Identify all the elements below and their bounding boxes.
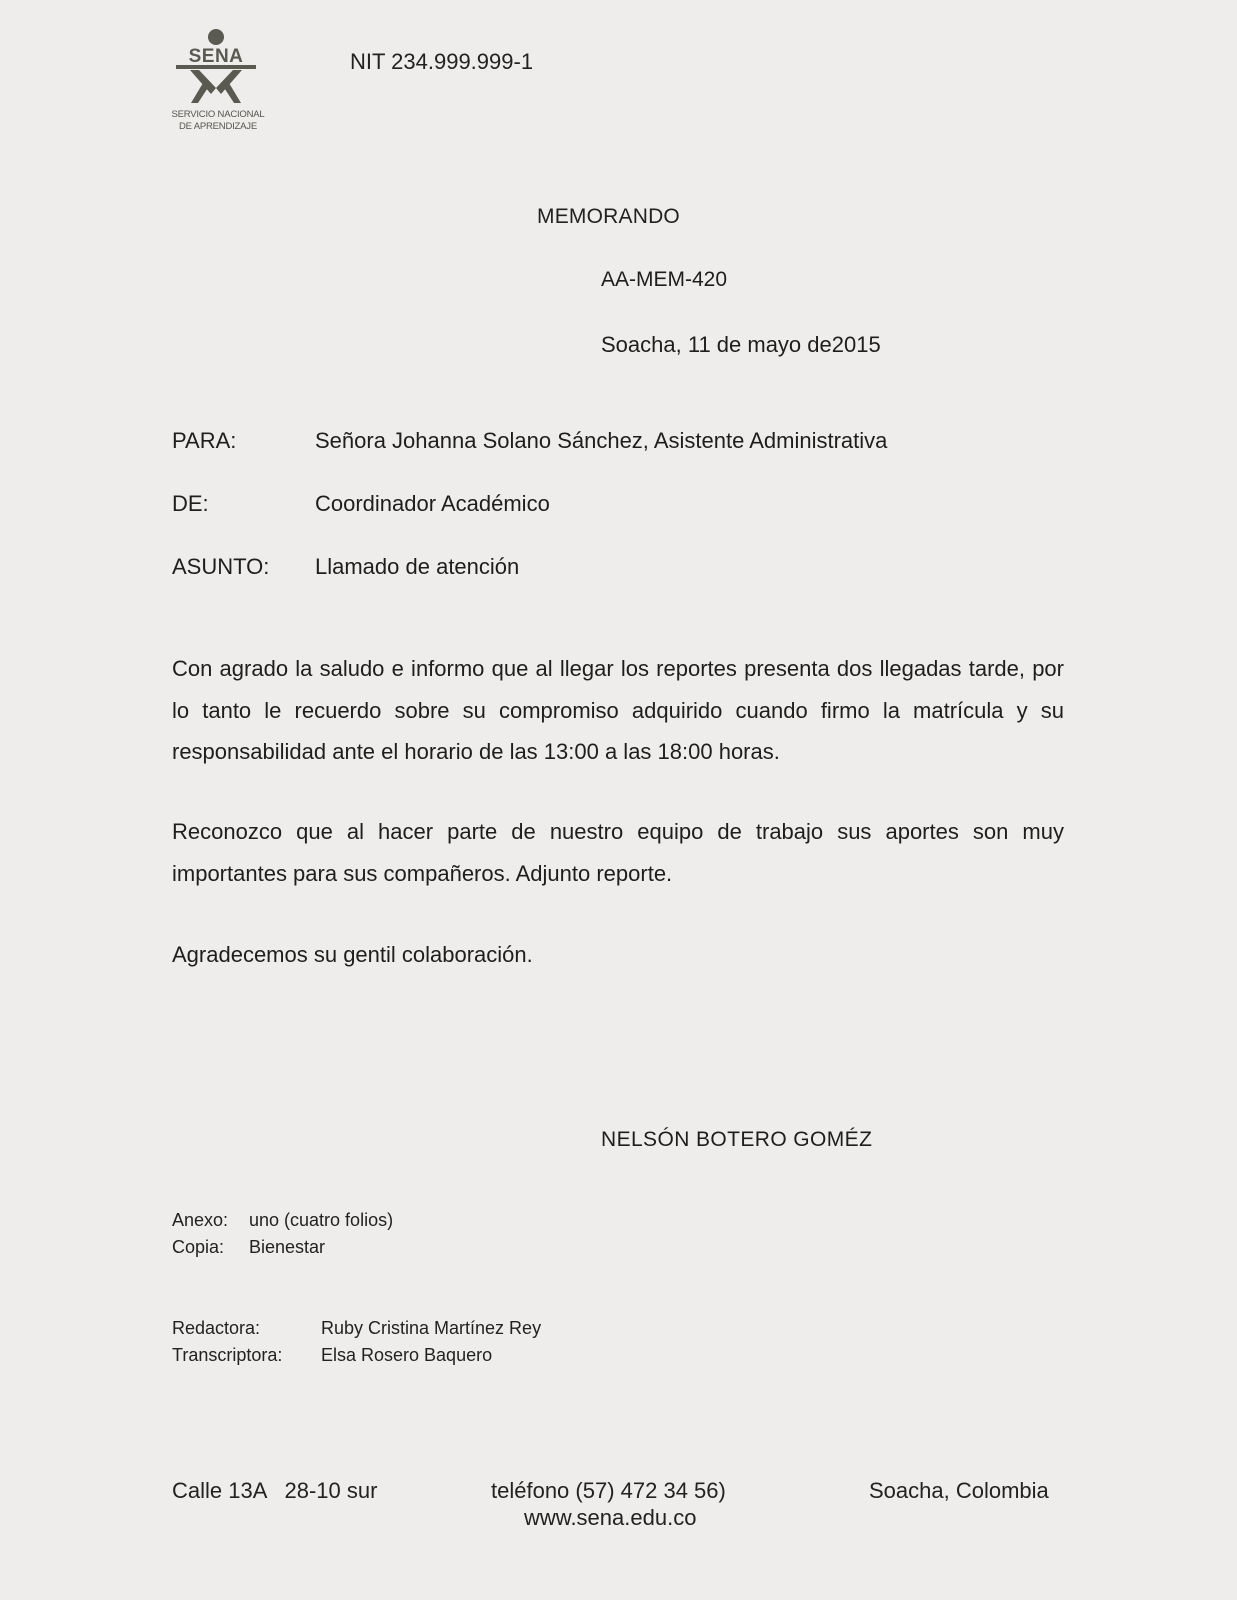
transcriptora-label: Transcriptora: [172,1345,321,1366]
redactora-value: Ruby Cristina Martínez Rey [321,1318,541,1338]
body-paragraph-2: Reconozco que al hacer parte de nuestro … [172,811,1064,894]
copia-value: Bienestar [249,1237,325,1257]
sena-logo: SENA SERVICIO NACIONAL DE APRENDIZAJE [166,28,270,134]
logo-caption-line2: DE APRENDIZAJE [166,121,270,133]
de-value: Coordinador Académico [315,491,550,517]
body-paragraph-1: Con agrado la saludo e informo que al ll… [172,648,1064,773]
anexo-line: Anexo:uno (cuatro folios) [172,1210,393,1231]
footer-address: Calle 13A 28-10 sur [172,1478,377,1504]
footer-website[interactable]: www.sena.edu.co [524,1505,696,1531]
signature-name: NELSÓN BOTERO GOMÉZ [601,1128,872,1152]
anexo-label: Anexo: [172,1210,249,1231]
transcriptora-line: Transcriptora:Elsa Rosero Baquero [172,1345,492,1366]
redactora-label: Redactora: [172,1318,321,1339]
memo-date: Soacha, 11 de mayo de2015 [601,332,881,358]
redactora-line: Redactora:Ruby Cristina Martínez Rey [172,1318,541,1339]
copia-line: Copia:Bienestar [172,1237,325,1258]
de-label: DE: [172,491,209,517]
logo-caption-line1: SERVICIO NACIONAL [166,109,270,121]
para-label: PARA: [172,428,236,454]
nit-number: NIT 234.999.999-1 [350,49,533,75]
memo-title: MEMORANDO [537,205,680,229]
svg-text:SENA: SENA [189,46,244,67]
asunto-value: Llamado de atención [315,554,519,580]
para-value: Señora Johanna Solano Sánchez, Asistente… [315,428,887,454]
transcriptora-value: Elsa Rosero Baquero [321,1345,492,1365]
anexo-value: uno (cuatro folios) [249,1210,393,1230]
sena-logo-icon: SENA [166,28,270,108]
copia-label: Copia: [172,1237,249,1258]
asunto-label: ASUNTO: [172,554,269,580]
footer-city: Soacha, Colombia [869,1478,1049,1504]
closing-line: Agradecemos su gentil colaboración. [172,934,1064,976]
footer-phone: teléfono (57) 472 34 56) [491,1478,726,1504]
memo-code: AA-MEM-420 [601,268,727,292]
